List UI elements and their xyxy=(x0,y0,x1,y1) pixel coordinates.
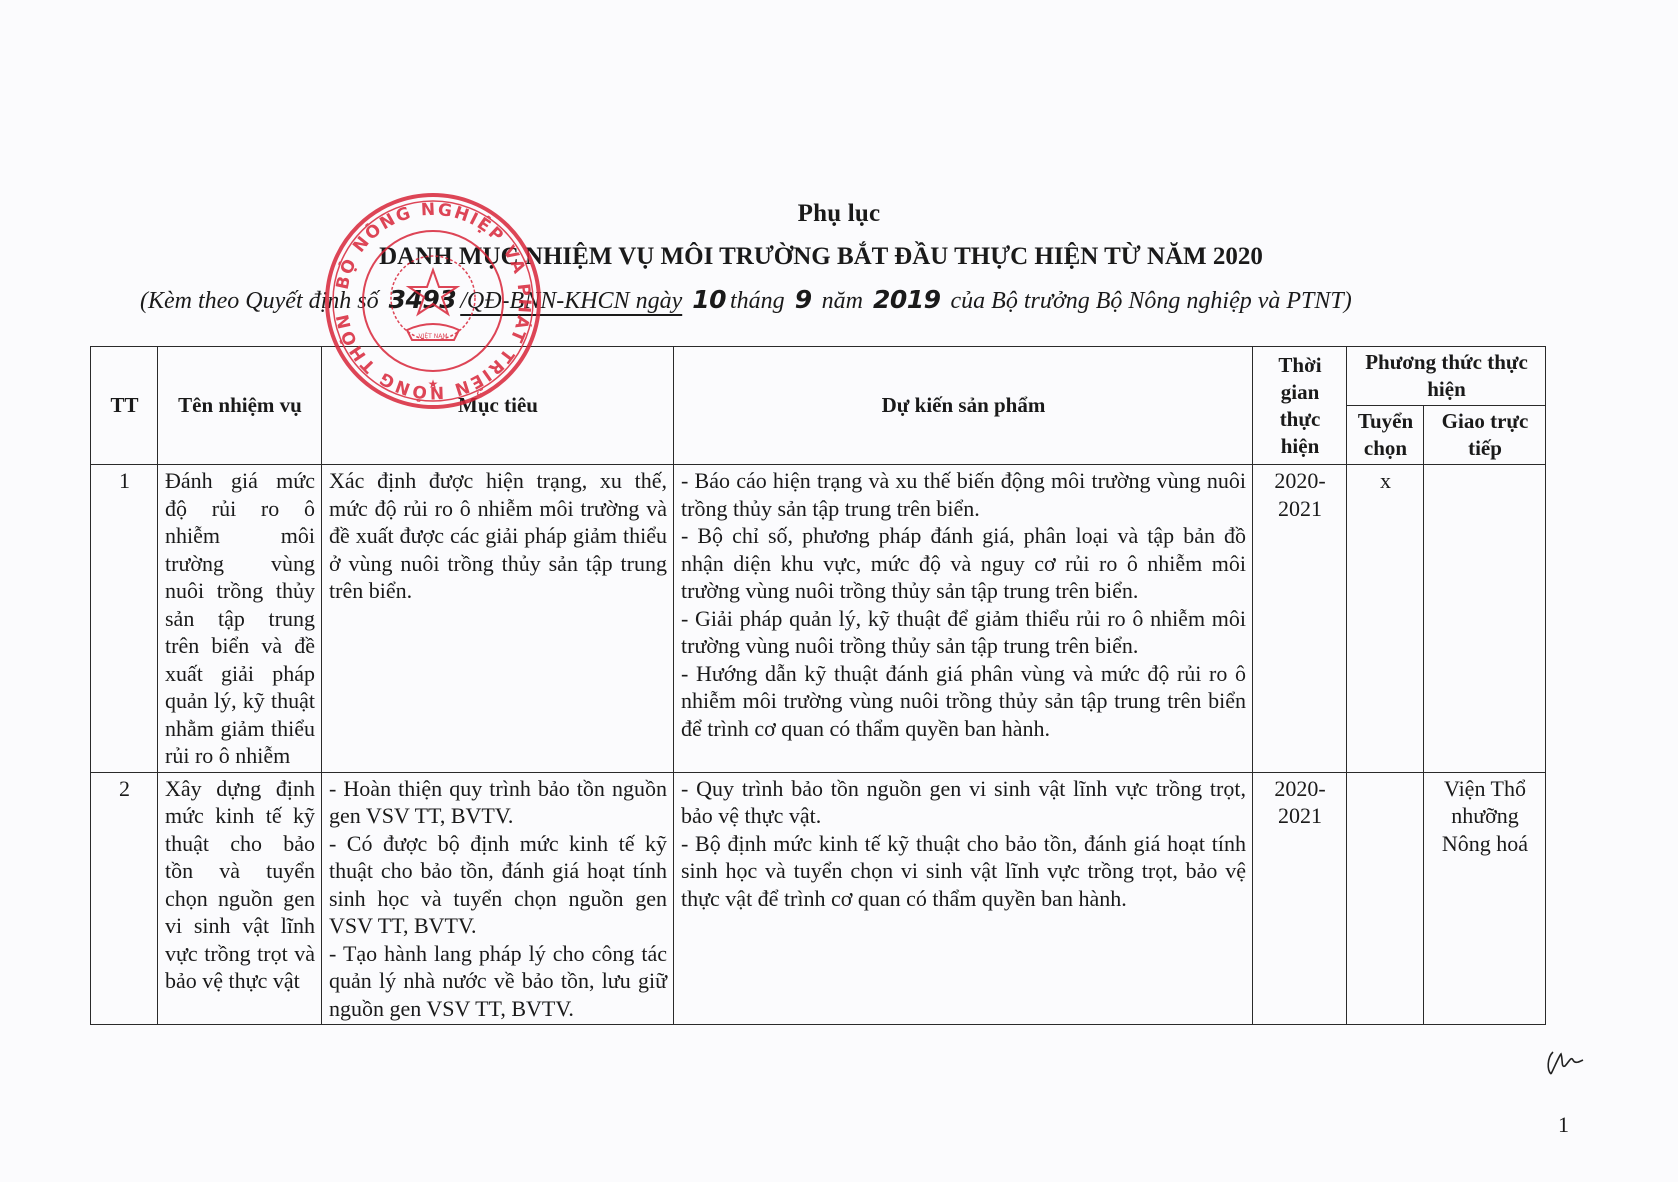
product-item: - Quy trình bảo tồn nguồn gen vi sinh vậ… xyxy=(681,775,1246,830)
header-method-direct: Giao trực tiếp xyxy=(1424,406,1546,465)
document-subtitle: (Kèm theo Quyết định số 3493/QĐ-BNN-KHCN… xyxy=(140,285,1540,315)
table-row: 1 Đánh giá mức độ rủi ro ô nhiễm môi trư… xyxy=(91,465,1546,773)
header-goal: Mục tiêu xyxy=(322,347,674,465)
header-time: Thời gian thực hiện xyxy=(1253,347,1347,465)
task-method-direct: Viện Thổ nhưỡng Nông hoá xyxy=(1424,772,1546,1025)
task-time: 2020-2021 xyxy=(1253,772,1347,1025)
task-goal: Xác định được hiện trạng, xu thế, mức độ… xyxy=(322,465,674,773)
task-name: Đánh giá mức độ rủi ro ô nhiễm môi trườn… xyxy=(158,465,322,773)
table-header-row: TT Tên nhiệm vụ Mục tiêu Dự kiến sản phẩ… xyxy=(91,347,1546,406)
header-method: Phương thức thực hiện xyxy=(1347,347,1546,406)
goal-item: - Tạo hành lang pháp lý cho công tác quả… xyxy=(329,940,667,1023)
table-row: 2 Xây dựng định mức kinh tế kỹ thuật cho… xyxy=(91,772,1546,1025)
decision-month: 9 xyxy=(791,285,816,314)
header-method-select: Tuyển chọn xyxy=(1347,406,1424,465)
goal-item: - Hoàn thiện quy trình bảo tồn nguồn gen… xyxy=(329,775,667,830)
task-name: Xây dựng định mức kinh tế kỹ thuật cho b… xyxy=(158,772,322,1025)
page-number: 1 xyxy=(1558,1112,1569,1138)
decision-year: 2019 xyxy=(869,285,945,314)
header-task-name: Tên nhiệm vụ xyxy=(158,347,322,465)
row-number: 1 xyxy=(91,465,158,773)
task-time: 2020-2021 xyxy=(1253,465,1347,773)
task-goal: - Hoàn thiện quy trình bảo tồn nguồn gen… xyxy=(322,772,674,1025)
task-products: - Quy trình bảo tồn nguồn gen vi sinh vậ… xyxy=(674,772,1253,1025)
subtitle-prefix: (Kèm theo Quyết định số xyxy=(140,288,379,314)
year-label: năm xyxy=(822,288,863,314)
product-item: - Báo cáo hiện trạng và xu thế biến động… xyxy=(681,467,1246,522)
header-tt: TT xyxy=(91,347,158,465)
svg-text:VIỆT NAM: VIỆT NAM xyxy=(418,332,447,340)
appendix-label: Phụ lục xyxy=(0,200,1678,228)
task-products: - Báo cáo hiện trạng và xu thế biến động… xyxy=(674,465,1253,773)
product-item: - Bộ định mức kinh tế kỹ thuật cho bảo t… xyxy=(681,830,1246,913)
task-method-select xyxy=(1347,772,1424,1025)
header-product: Dự kiến sản phẩm xyxy=(674,347,1253,465)
row-number: 2 xyxy=(91,772,158,1025)
task-method-select: x xyxy=(1347,465,1424,773)
document-title: DANH MỤC NHIỆM VỤ MÔI TRƯỜNG BẮT ĐẦU THỰ… xyxy=(0,243,1660,271)
goal-item: - Có được bộ định mức kinh tế kỹ thuật c… xyxy=(329,830,667,940)
decision-day: 10 xyxy=(688,285,730,314)
product-item: - Giải pháp quản lý, kỹ thuật để giảm th… xyxy=(681,605,1246,660)
subtitle-suffix: của Bộ trưởng Bộ Nông nghiệp và PTNT) xyxy=(951,288,1352,314)
document-page: Phụ lục DANH MỤC NHIỆM VỤ MÔI TRƯỜNG BẮT… xyxy=(0,0,1678,1182)
task-method-direct xyxy=(1424,465,1546,773)
product-item: - Hướng dẫn kỹ thuật đánh giá phân vùng … xyxy=(681,660,1246,743)
month-label: tháng xyxy=(730,288,785,314)
task-table: TT Tên nhiệm vụ Mục tiêu Dự kiến sản phẩ… xyxy=(90,346,1546,1025)
decision-number: 3493 xyxy=(385,285,461,314)
product-item: - Bộ chỉ số, phương pháp đánh giá, phân … xyxy=(681,522,1246,605)
decision-code: /QĐ-BNN-KHCN ngày xyxy=(460,288,682,314)
signature-icon xyxy=(1545,1048,1585,1078)
goal-item: Xác định được hiện trạng, xu thế, mức độ… xyxy=(329,467,667,605)
